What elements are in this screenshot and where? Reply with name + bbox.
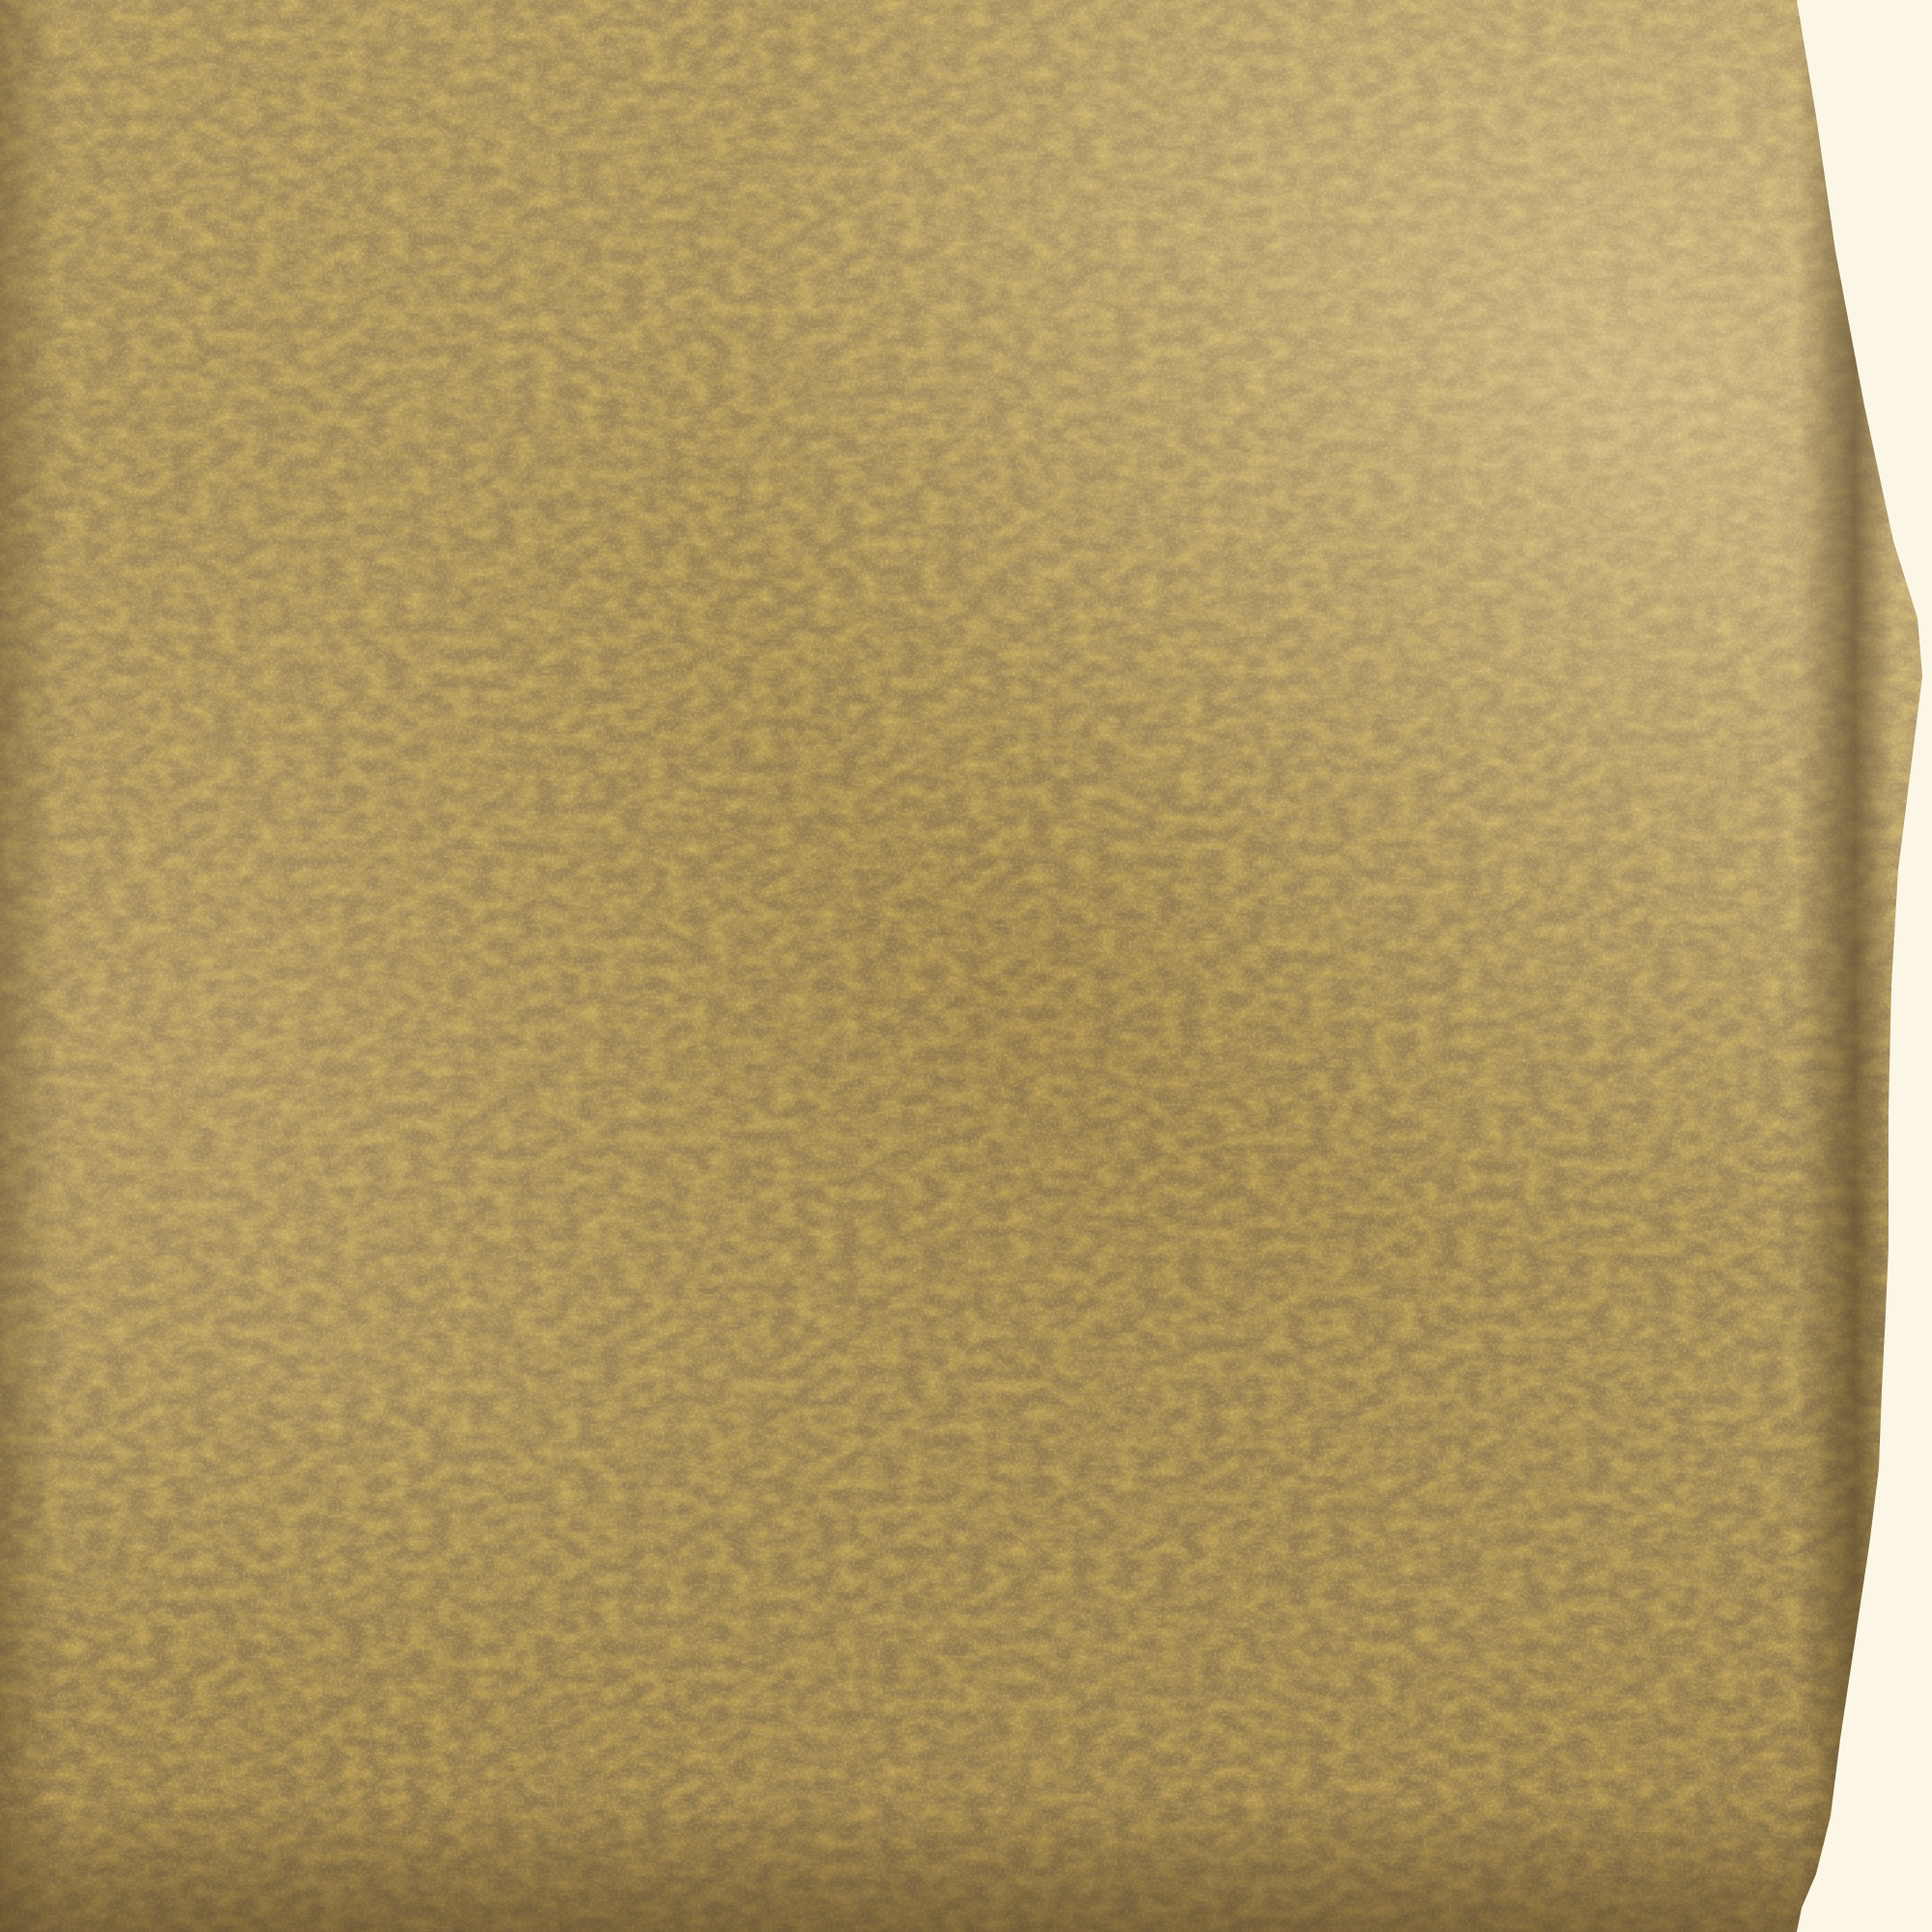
fine-speckle-texture — [0, 0, 1932, 1932]
watercolor-wash — [0, 0, 1932, 1932]
paint-swatch-canvas — [0, 0, 1932, 1932]
